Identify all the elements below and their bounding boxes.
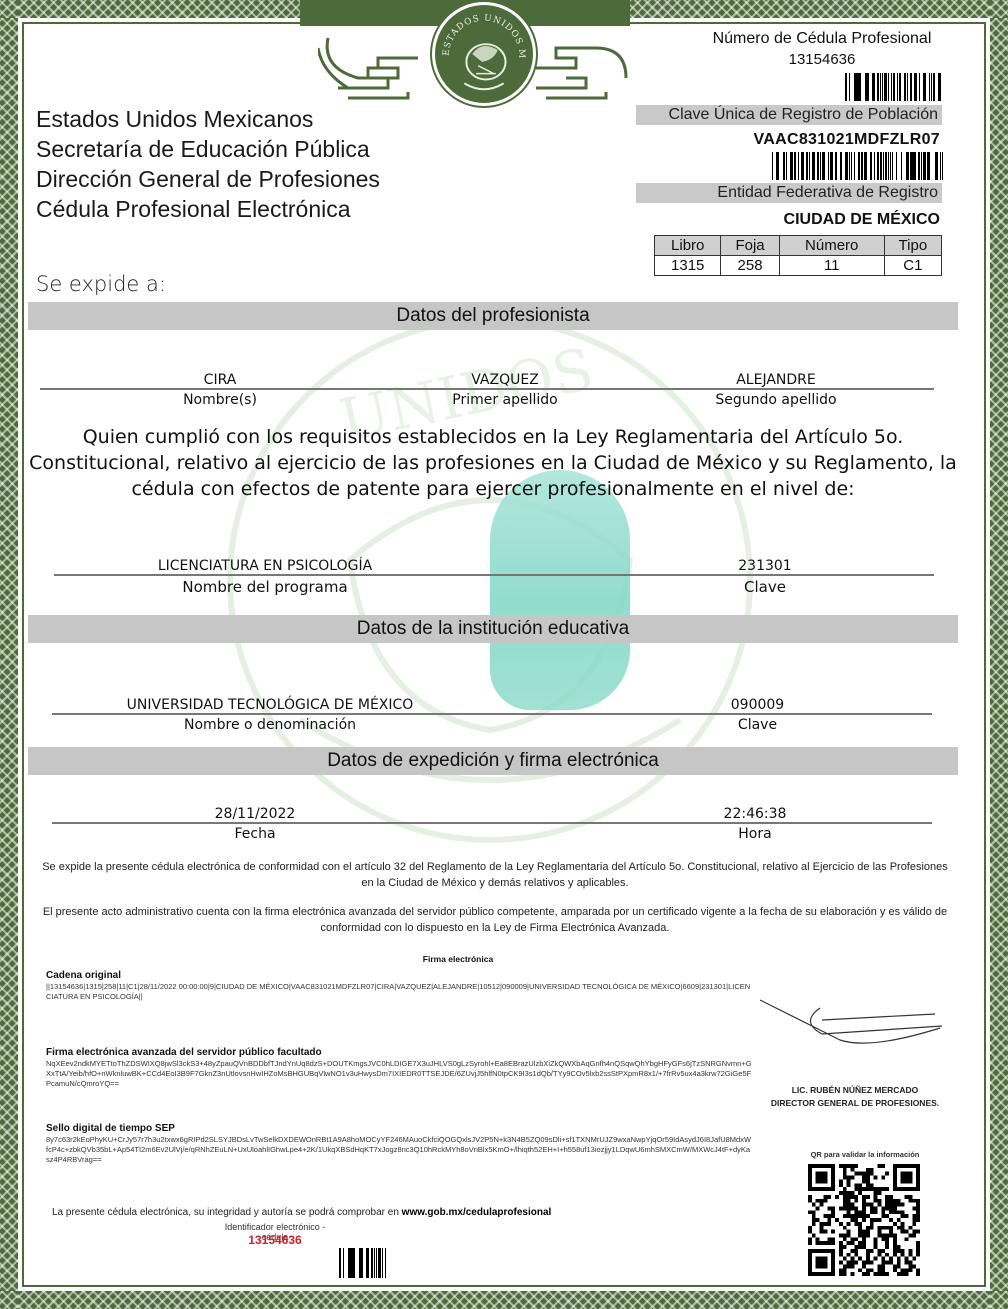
programa-value: LICENCIATURA EN PSICOLOGÍA (100, 558, 430, 574)
curp-barcode (662, 152, 942, 180)
th-foja: Foja (721, 236, 779, 256)
sello-block: Sello digital de tiempo SEP 8y7c63r2kEoP… (46, 1123, 752, 1165)
primer-apellido-value: VAZQUEZ (405, 372, 605, 388)
national-seal: ESTADOS UNIDOS MEXICANOS (432, 2, 536, 106)
segundo-apellido-label: Segundo apellido (676, 392, 876, 408)
fecha-value: 28/11/2022 (180, 806, 330, 822)
field-institucion: UNIVERSIDAD TECNOLÓGICA DE MÉXICO Nombre… (80, 697, 460, 733)
sello-value: 8y7c63r2kEoPhyKU+CrJy57r7h3u2txwx6gRIPd2… (46, 1135, 752, 1165)
ident-barcode (236, 1248, 386, 1278)
legal-paragraph-1: Se expide la presente cédula electrónica… (40, 859, 950, 891)
header-document-type: Cédula Profesional Electrónica (36, 194, 380, 224)
cadena-value: ||13154636|1315|258|11|C1|28/11/2022 00:… (46, 982, 752, 1002)
th-tipo: Tipo (884, 236, 941, 256)
section-expedicion: Datos de expedición y firma electrónica (28, 747, 958, 775)
legal-paragraph-2: El presente acto administrativo cuenta c… (40, 904, 950, 936)
field-institucion-clave: 090009 Clave (700, 697, 815, 733)
td-numero: 11 (779, 256, 884, 276)
td-foja: 258 (721, 256, 779, 276)
section-profesionista: Datos del profesionista (28, 302, 958, 330)
td-tipo: C1 (884, 256, 941, 276)
header-directorate: Dirección General de Profesiones (36, 164, 380, 194)
director-block: LIC. RUBÉN NÚÑEZ MERCADO DIRECTOR GENERA… (760, 1084, 950, 1110)
th-libro: Libro (655, 236, 721, 256)
entidad-value: CIUDAD DE MÉXICO (632, 211, 940, 229)
scroll-ornament-right-icon (536, 28, 646, 108)
eagle-seal-icon: ESTADOS UNIDOS MEXICANOS (435, 4, 533, 104)
hora-value: 22:46:38 (690, 806, 820, 822)
field-hora: 22:46:38 Hora (690, 806, 820, 842)
signature-icon (760, 992, 950, 1052)
field-nombre: CIRA Nombre(s) (120, 372, 320, 408)
cadena-original-block: Cadena original ||13154636|1315|258|11|C… (46, 970, 752, 1002)
field-primer-apellido: VAZQUEZ Primer apellido (405, 372, 605, 408)
institucion-label: Nombre o denominación (80, 717, 460, 733)
programa-label: Nombre del programa (100, 578, 430, 596)
segundo-apellido-value: ALEJANDRE (676, 372, 876, 388)
curp-value: VAAC831021MDFZLR07 (632, 131, 940, 149)
programa-clave-label: Clave (700, 578, 830, 596)
fecha-label: Fecha (180, 826, 330, 842)
verify-prefix: La presente cédula electrónica, su integ… (52, 1207, 402, 1218)
entidad-label: Entidad Federativa de Registro (636, 183, 942, 203)
verify-link[interactable]: www.gob.mx/cedulaprofesional (402, 1207, 552, 1218)
issuer-header: Estados Unidos Mexicanos Secretaría de E… (36, 104, 380, 224)
cedula-label: Número de Cédula Profesional (702, 30, 942, 48)
programa-clave-value: 231301 (700, 558, 830, 574)
primer-apellido-label: Primer apellido (405, 392, 605, 408)
nombre-label: Nombre(s) (120, 392, 320, 408)
th-numero: Número (779, 236, 884, 256)
institucion-clave-value: 090009 (700, 697, 815, 713)
firma-servidor-block: Firma electrónica avanzada del servidor … (46, 1047, 752, 1089)
registry-panel: Número de Cédula Profesional 13154636 Cl… (632, 30, 942, 276)
cedula-barcode (708, 73, 942, 101)
hora-label: Hora (690, 826, 820, 842)
registry-table: Libro Foja Número Tipo 1315 258 11 C1 (654, 235, 942, 276)
qr-code-icon[interactable] (808, 1164, 920, 1276)
td-libro: 1315 (655, 256, 721, 276)
servidor-title: Firma electrónica avanzada del servidor … (46, 1047, 752, 1059)
field-fecha: 28/11/2022 Fecha (180, 806, 330, 842)
nombre-value: CIRA (120, 372, 320, 388)
cedula-number: 13154636 (702, 51, 942, 68)
ident-number: 13154636 (220, 1233, 330, 1247)
cadena-title: Cadena original (46, 970, 752, 982)
institucion-clave-label: Clave (700, 717, 815, 733)
field-programa: LICENCIATURA EN PSICOLOGÍA Nombre del pr… (100, 558, 430, 596)
verify-text: La presente cédula electrónica, su integ… (52, 1207, 551, 1218)
servidor-value: NqXEev2ndkMYETtoThZDSWIXQ8jwSl3ckS3+48yZ… (46, 1059, 752, 1089)
qr-label: QR para validar la información (800, 1150, 930, 1159)
header-secretariat: Secretaría de Educación Pública (36, 134, 380, 164)
sello-title: Sello digital de tiempo SEP (46, 1123, 752, 1135)
field-segundo-apellido: ALEJANDRE Segundo apellido (676, 372, 876, 408)
director-title: DIRECTOR GENERAL DE PROFESIONES. (760, 1097, 950, 1110)
institucion-value: UNIVERSIDAD TECNOLÓGICA DE MÉXICO (80, 697, 460, 713)
section-institucion: Datos de la institución educativa (28, 615, 958, 643)
firma-title: Firma electrónica (0, 954, 916, 964)
curp-label: Clave Única de Registro de Población (636, 105, 942, 125)
field-programa-clave: 231301 Clave (700, 558, 830, 596)
issued-to-label: Se expide a: (36, 272, 166, 296)
director-name: LIC. RUBÉN NÚÑEZ MERCADO (760, 1084, 950, 1097)
legal-lead-text: Quien cumplió con los requisitos estable… (28, 424, 958, 502)
scroll-ornament-left-icon (318, 28, 434, 108)
header-country: Estados Unidos Mexicanos (36, 104, 380, 134)
